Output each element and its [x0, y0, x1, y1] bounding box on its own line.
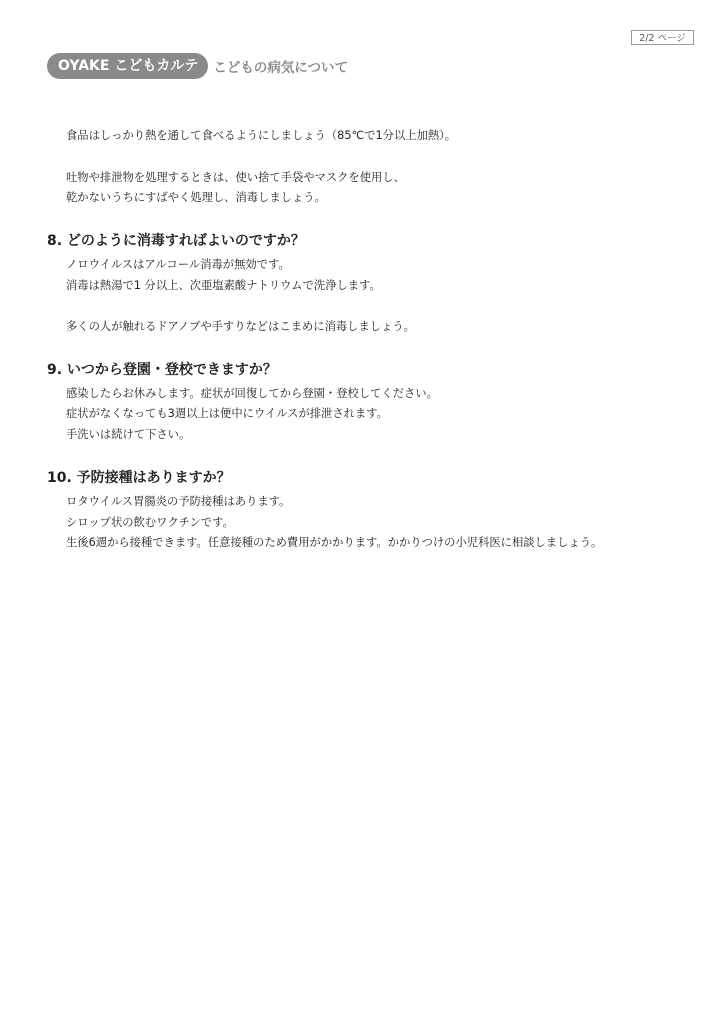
answer-line: 手洗いは続けて下さい。 [66, 428, 190, 442]
answer-line: 多くの人が触れるドアノブや手すりなどはこまめに消毒しましょう。 [66, 320, 415, 334]
answer-line: 生後6週から接種できます。任意接種のため費用がかかります。かかりつけの小児科医に… [66, 536, 602, 550]
answer-line: ノロウイルスはアルコール消毒が無効です。 [66, 258, 290, 272]
intro-line: 吐物や排泄物を処理するときは、使い捨て手袋やマスクを使用し、 [66, 171, 405, 185]
answer-line: 感染したらお休みします。症状が回復してから登園・登校してください。 [66, 387, 438, 401]
brand-label: OYAKE こどもカルテ [47, 53, 208, 79]
answer-line: ロタウイルス胃腸炎の予防接種はあります。 [66, 495, 290, 509]
page-indicator: 2/2 ページ [631, 30, 694, 45]
answer-line: シロップ状の飲むワクチンです。 [66, 516, 234, 530]
answer-line: 症状がなくなっても3週以上は便中にウイルスが排泄されます。 [66, 407, 388, 421]
question-heading-10: 10. 予防接種はありますか？ [47, 469, 231, 487]
intro-line: 乾かないうちにすばやく処理し、消毒しましょう。 [66, 191, 326, 205]
question-heading-8: 8. どのように消毒すればよいのですか？ [47, 232, 305, 250]
document-subtitle: こどもの病気について [213, 56, 348, 76]
intro-line: 食品はしっかり熱を通して食べるようにしましょう（85℃で1分以上加熱）。 [66, 129, 456, 143]
document-header: OYAKE こどもカルテ こどもの病気について [47, 53, 348, 79]
question-heading-9: 9. いつから登園・登校できますか？ [47, 361, 277, 379]
answer-line: 消毒は熱湯で1 分以上、次亜塩素酸ナトリウムで洗浄します。 [66, 279, 381, 293]
